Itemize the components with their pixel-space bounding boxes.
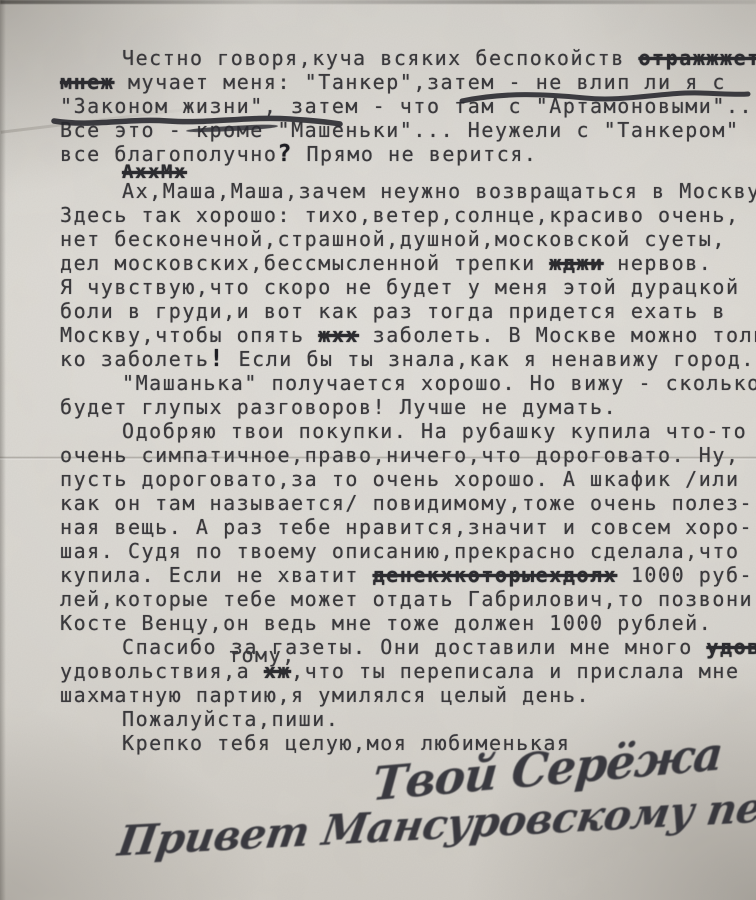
letter-line: Честно говоря,куча всяких беспокойств от… — [60, 46, 756, 70]
typed-text: купила. Если не хватит — [60, 563, 373, 587]
typed-text: Честно говоря,куча всяких беспокойств — [122, 46, 638, 70]
letter-body: Честно говоря,куча всяких беспокойств от… — [0, 46, 756, 755]
typed-text: лей,которые тебе может отдать Габрилович… — [60, 587, 753, 611]
letter-line: Все это - кроме "Машеньки"... Неужели с … — [60, 118, 756, 142]
typed-text: шая. Судя по твоему описанию,прекрасно с… — [60, 539, 740, 563]
letter-line: как он там называется/ повидимому,тоже о… — [60, 491, 756, 515]
typed-text: пусть дороговато,за то очень хорошо. А ш… — [60, 467, 740, 491]
scan-top-edge-shadow — [0, 0, 756, 4]
typed-text: будет глупых разговоров! Лучше не думать… — [60, 395, 617, 419]
letter-line: боли в груди,и вот как раз тогда придетс… — [60, 299, 756, 323]
pen-underlined-text: не влип ли я с — [536, 70, 726, 94]
struck-word: жджи — [549, 251, 603, 275]
typed-text: Косте Венцу,он ведь мне тоже должен 1000… — [60, 611, 712, 635]
letter-line: "Законом жизни", затем - что там с "Арта… — [60, 94, 756, 118]
typed-text: Одобряю твои покупки. На рубашку купила … — [122, 419, 747, 443]
typed-text: заболеть. В Москве можно толь- — [359, 323, 756, 347]
letter-line: АххМх — [60, 166, 756, 179]
typed-text: ко заболеть — [60, 347, 210, 371]
struck-word: денекхкоторыехдолх — [373, 563, 618, 587]
struck-word: хжтому, — [264, 659, 291, 683]
letter-line: нет бесконечной,страшной,душной,московск… — [60, 227, 756, 251]
letter-line: Москву,чтобы опять жхх заболеть. В Москв… — [60, 323, 756, 347]
typed-text: Я чувствую,что скоро не будет у меня это… — [60, 275, 740, 299]
letter-line: Я чувствую,что скоро не будет у меня это… — [60, 275, 756, 299]
letter-line: Одобряю твои покупки. На рубашку купила … — [60, 419, 756, 443]
struck-word: жхх — [318, 323, 359, 347]
letter-line: пусть дороговато,за то очень хорошо. А ш… — [60, 467, 756, 491]
struck-word: удовж — [706, 635, 756, 659]
typed-text: боли в груди,и вот как раз тогда придетс… — [60, 299, 726, 323]
letter-line: шахматную партию,я умилялся целый день. — [60, 683, 756, 707]
letter-line: Пожалуйста,пиши. — [60, 707, 756, 731]
typed-text: "Машеньки"... Неужели с "Танкером" — [264, 118, 740, 142]
typed-text: Москву,чтобы опять — [60, 323, 318, 347]
struck-word: отражжжетх — [638, 46, 756, 70]
typed-text: Прямо не верится. — [293, 142, 538, 166]
letter-line: лей,которые тебе может отдать Габрилович… — [60, 587, 756, 611]
letter-line: ная вещь. А раз тебе нравится,значит и с… — [60, 515, 756, 539]
typed-text: "Машанька" получается хорошо. Но вижу - … — [122, 371, 756, 395]
typed-text: очень симпатичное,право,ничего,что дорог… — [60, 443, 740, 467]
typed-text: мучает меня: "Танкер",затем - — [114, 70, 535, 94]
letter-line: Здесь так хорошо: тихо,ветер,солнце,крас… — [60, 203, 756, 227]
typed-insertion-above-line: тому, — [228, 643, 296, 667]
typed-text: , затем - что там с "Артамоновыми"... — [264, 94, 756, 118]
pen-emphasized-mark: ! — [210, 346, 225, 372]
typed-text: Все это - — [60, 118, 196, 142]
typed-text: как он там называется/ повидимому,тоже о… — [60, 491, 753, 515]
typed-text: Здесь так хорошо: тихо,ветер,солнце,крас… — [60, 203, 740, 227]
letter-line: будет глупых разговоров! Лучше не думать… — [60, 395, 756, 419]
letter-line: очень симпатичное,право,ничего,что дорог… — [60, 443, 756, 467]
pen-struck-word: кроме — [196, 118, 264, 142]
letter-line: мнеж мучает меня: "Танкер",затем - не вл… — [60, 70, 756, 94]
letter-line: шая. Судя по твоему описанию,прекрасно с… — [60, 539, 756, 563]
typed-text: нервов. — [604, 251, 713, 275]
pen-underlined-text: "Законом жизни" — [60, 94, 264, 118]
typed-text: ная вещь. А раз тебе нравится,значит и с… — [60, 515, 753, 539]
typed-text: нет бесконечной,страшной,душной,московск… — [60, 227, 726, 251]
typed-text: Спасибо за газеты. Они доставили мне мно… — [122, 635, 706, 659]
typed-text: Ах,Маша,Маша,зачем неужно возвращаться в… — [122, 179, 756, 203]
scanned-letter-page: Честно говоря,куча всяких беспокойств от… — [0, 0, 756, 900]
struck-word: АххМх — [122, 161, 187, 183]
struck-word: мнеж — [60, 70, 114, 94]
letter-line: "Машанька" получается хорошо. Но вижу - … — [60, 371, 756, 395]
letter-line: удовольствия,а хжтому,,что ты переписала… — [60, 659, 756, 683]
typed-text: шахматную партию,я умилялся целый день. — [60, 683, 590, 707]
letter-line: Косте Венцу,он ведь мне тоже должен 1000… — [60, 611, 756, 635]
letter-line: купила. Если не хватит денекхкоторыехдол… — [60, 563, 756, 587]
typed-text: 1000 руб- — [617, 563, 753, 587]
typed-text: ,что ты переписала и прислала мне — [291, 659, 740, 683]
typed-text: Если бы ты знала,как я ненавижу город. — [225, 347, 755, 371]
typed-text: дел московских,бессмысленной трепки — [60, 251, 549, 275]
letter-line: Спасибо за газеты. Они доставили мне мно… — [60, 635, 756, 659]
typed-text: Пожалуйста,пиши. — [122, 707, 339, 731]
letter-line: дел московских,бессмысленной трепки жджи… — [60, 251, 756, 275]
pen-emphasized-mark: ? — [277, 141, 292, 167]
letter-line: ко заболеть! Если бы ты знала,как я нена… — [60, 347, 756, 371]
